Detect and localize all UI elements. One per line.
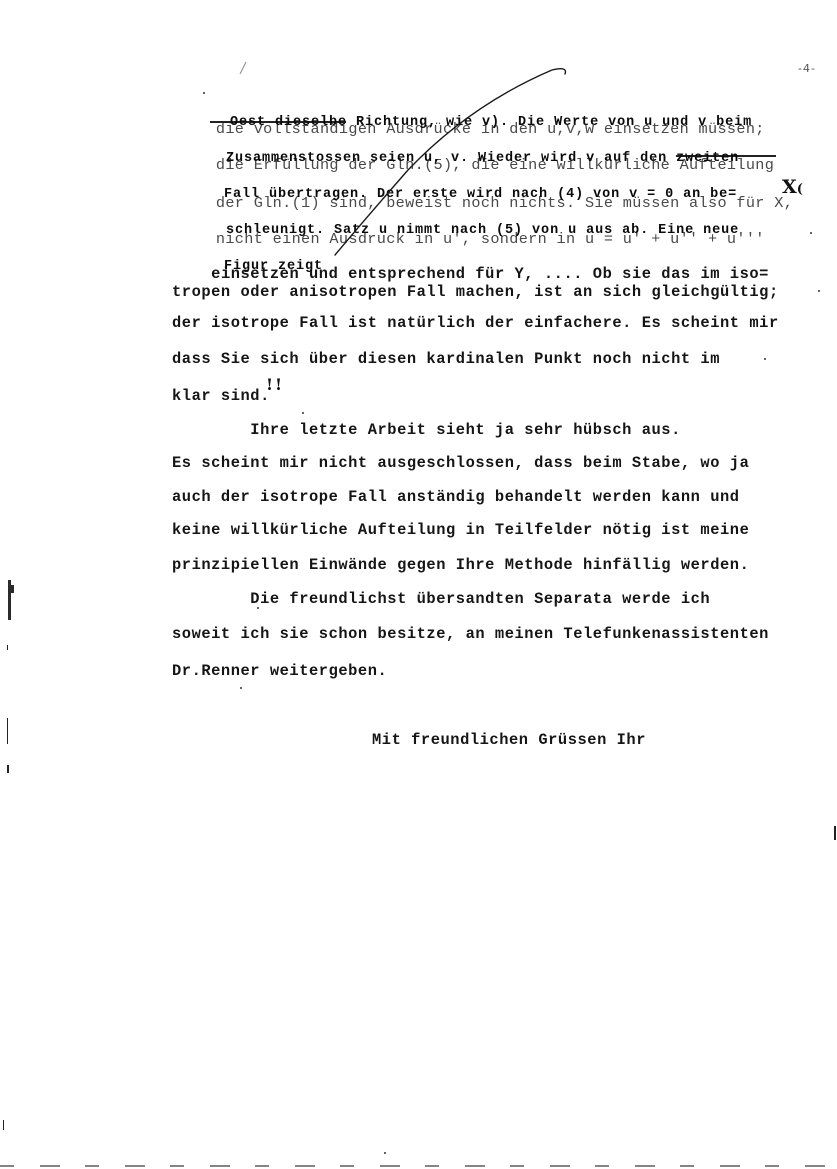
paragraph-2-line-2: Es scheint mir nicht ausgeschlossen, das… (172, 454, 749, 472)
paragraph-2-line-3: auch der isotrope Fall anständig behande… (172, 488, 740, 506)
paragraph-3-line-3: Dr.Renner weitergeben. (172, 662, 387, 680)
page-number: -4- (798, 62, 816, 75)
left-margin-mark (11, 585, 14, 593)
paragraph-1-line-3: dass Sie sich über diesen kardinalen Pun… (172, 350, 720, 368)
margin-x-suffix: ( (797, 182, 803, 197)
paragraph-1-line-4: klar sind. (172, 387, 270, 405)
paragraph-2-line-4: keine willkürliche Aufteilung in Teilfel… (172, 521, 749, 539)
scan-speck (257, 607, 259, 609)
paragraph-1-line-1: tropen oder anisotropen Fall machen, ist… (172, 283, 779, 301)
over-line-1-text: Oest dieselbe Richtung, wie v). Die Wert… (230, 115, 752, 130)
scan-bottom-edge (0, 1165, 837, 1167)
closing-line: Mit freundlichen Grüssen Ihr (372, 731, 646, 749)
scan-speck (818, 290, 820, 292)
paragraph-2-line-1: Ihre letzte Arbeit sieht ja sehr hübsch … (172, 421, 681, 439)
scan-speck (240, 687, 242, 689)
handwritten-exclamation: !! (266, 375, 284, 394)
scan-speck (810, 232, 812, 234)
over-line-5-text: Figur zeigt (224, 259, 323, 274)
left-margin-mark (7, 718, 8, 744)
scan-speck (302, 412, 304, 414)
scan-speck (203, 92, 205, 94)
paragraph-1-line-2: der isotrope Fall ist natürlich der einf… (172, 314, 779, 332)
over-line-2-text: Zusammenstossen seien u, v. Wieder wird … (226, 151, 739, 166)
scan-speck (384, 1152, 386, 1154)
letter-page: -4- die vollständigen Ausdrücke in den u… (0, 0, 837, 1169)
margin-x-text: X (782, 176, 797, 198)
left-margin-mark (7, 645, 8, 650)
paragraph-2-line-5: prinzipiellen Einwände gegen Ihre Method… (172, 556, 749, 574)
over-line-4-text: schleunigt. Satz u nimmt nach (5) von u … (226, 223, 739, 238)
paragraph-3-line-2: soweit ich sie schon besitze, an meinen … (172, 625, 769, 643)
line-5-continuation: .... Ob sie das im iso= (534, 265, 769, 283)
left-margin-mark (7, 765, 9, 773)
scan-speck (764, 358, 766, 360)
paragraph-3-line-1: Die freundlichst übersandten Separata we… (172, 590, 710, 608)
right-margin-mark (834, 826, 836, 840)
margin-x-mark: X( (782, 176, 803, 198)
over-line-3-text: Fall übertragen. Der erste wird nach (4)… (224, 187, 737, 202)
left-margin-mark (3, 1120, 4, 1130)
